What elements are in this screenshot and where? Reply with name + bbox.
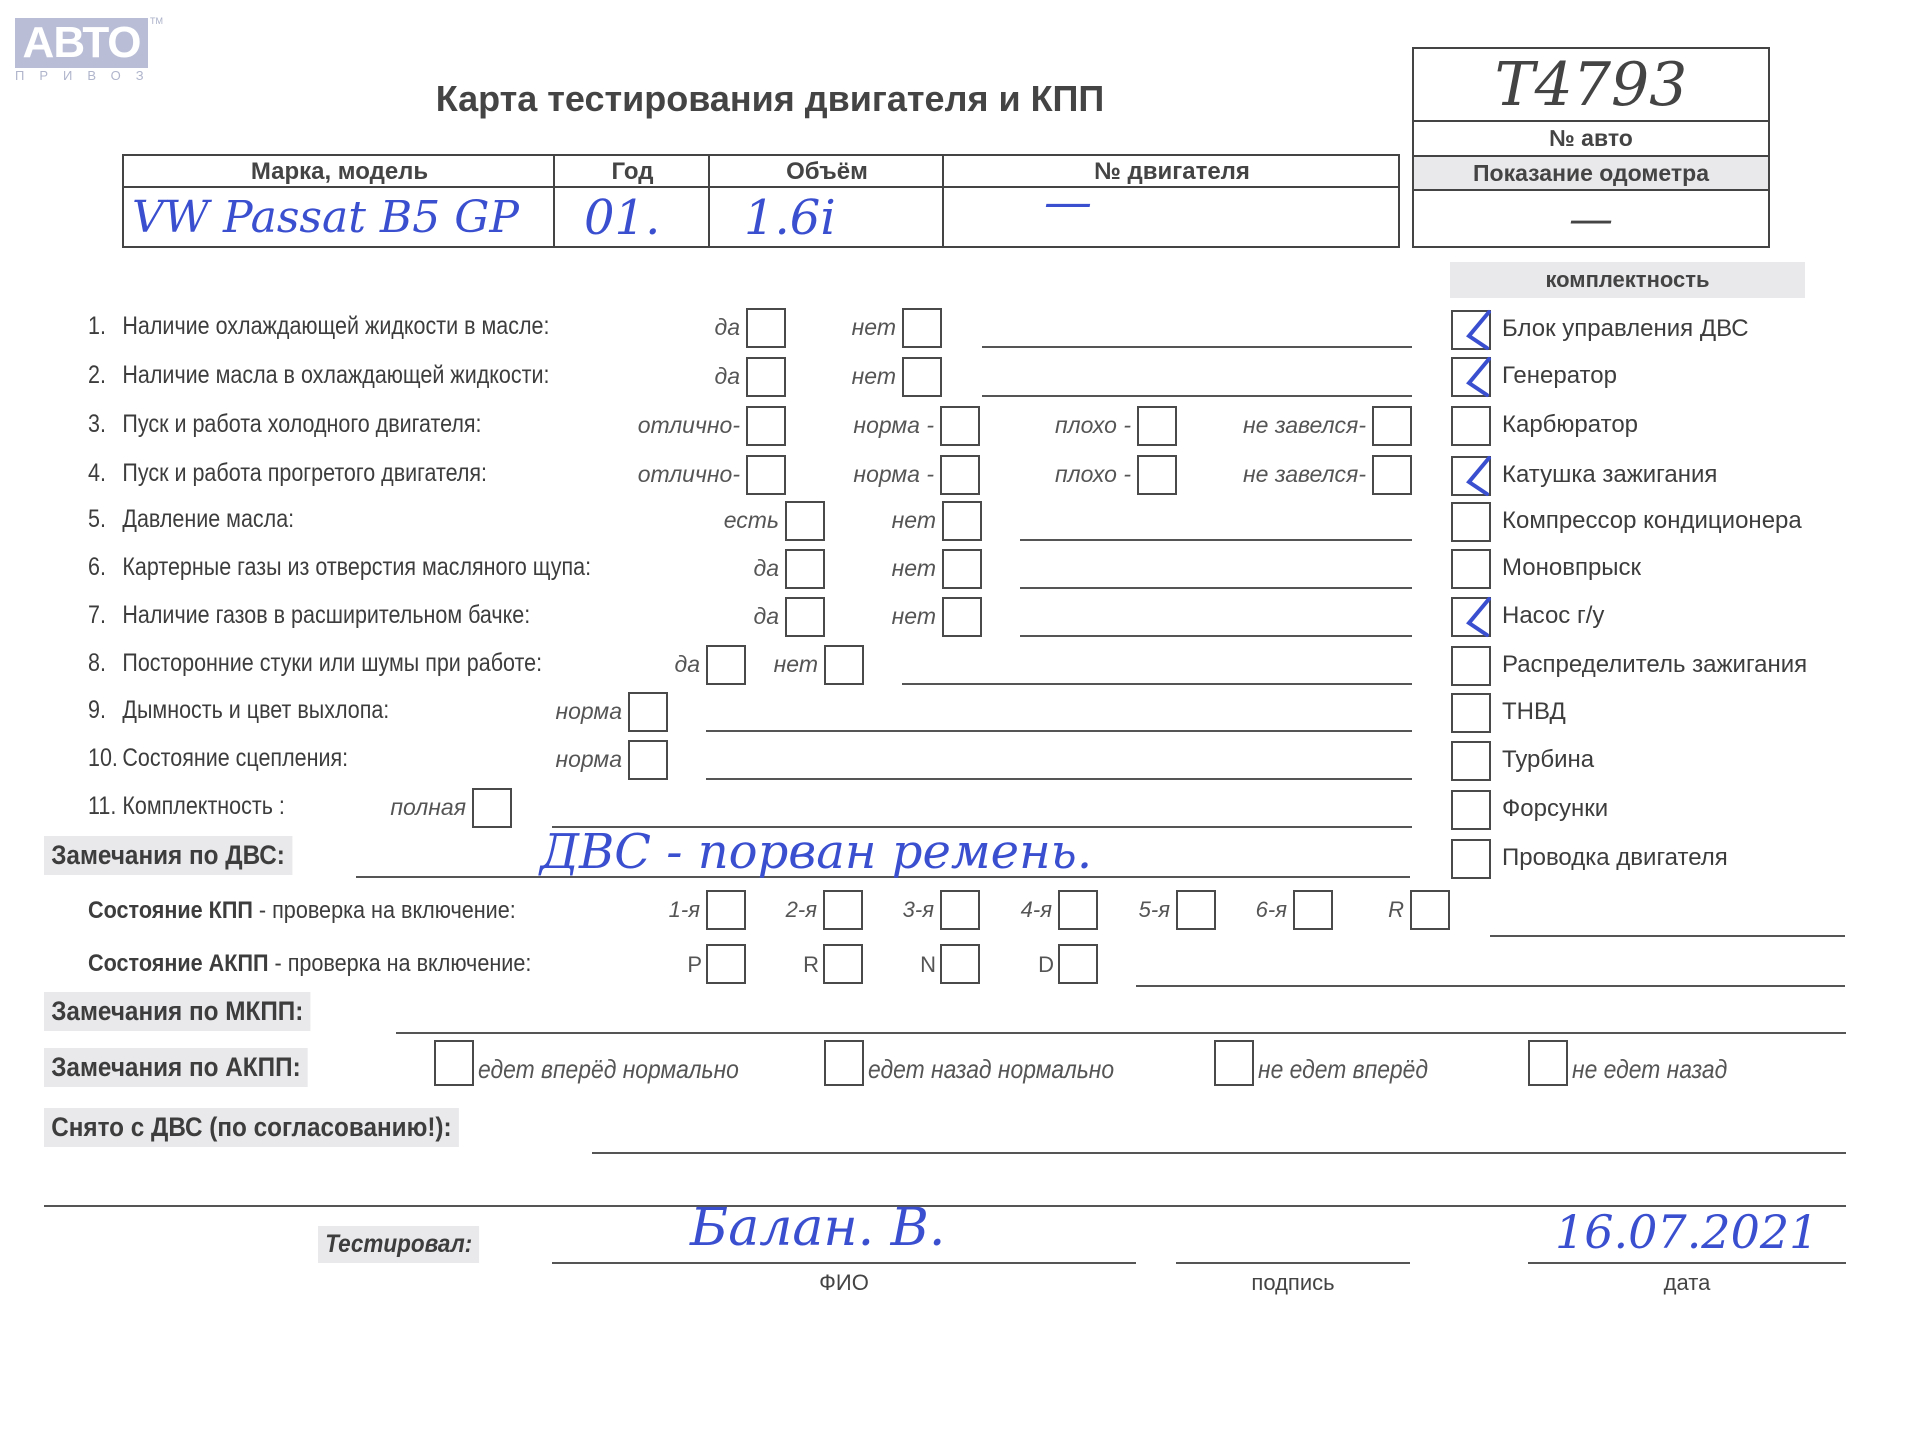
checkmark-icon [1459,593,1499,639]
completeness-checkbox[interactable] [1451,839,1491,879]
answer-line[interactable] [982,346,1412,348]
removed-line[interactable] [592,1152,1846,1154]
option-label: отлично- [586,461,740,488]
car-number-value[interactable]: Т4793 [1414,49,1768,122]
option-checkbox[interactable] [942,597,982,637]
completeness-item-label: Турбина [1502,746,1594,774]
mkpp-remarks-label: Замечания по МКПП: [44,992,311,1031]
gear-checkbox[interactable] [940,890,980,930]
engine-remarks-label: Замечания по ДВС: [44,836,292,875]
option-checkbox[interactable] [628,740,668,780]
logo: АВТО [15,18,148,68]
checkmark-icon [1459,452,1499,498]
akpp-option-label: едет назад нормально [868,1054,1114,1085]
header-make-model: Марка, модель [124,156,555,188]
gear-label: 1-я [636,897,700,923]
completeness-item-label: Блок управления ДВС [1502,315,1749,343]
signature-line[interactable] [1176,1262,1410,1264]
question-1: 1.Наличие охлаждающей жидкости в масле: [88,312,549,341]
question-11: 11.Комплектность : [88,792,285,821]
akpp-option-checkbox[interactable] [434,1040,474,1086]
question-4: 4.Пуск и работа прогретого двигателя: [88,459,487,488]
date-caption: дата [1528,1270,1846,1296]
make-model-value[interactable]: VW Passat B5 GP [132,188,552,248]
completeness-item-label: ТНВД [1502,698,1566,726]
volume-value[interactable]: 1.6i [744,188,924,248]
option-label: да [586,314,740,341]
manual-gearbox-line [1490,935,1845,937]
gear-label: R [1340,897,1404,923]
gear-label: 3-я [870,897,934,923]
option-label: нет [782,555,936,582]
completeness-checkbox[interactable] [1451,741,1491,781]
answer-line[interactable] [1020,635,1412,637]
gear-checkbox[interactable] [1410,890,1450,930]
option-label: да [625,555,779,582]
completeness-item-label: Карбюратор [1502,411,1638,439]
name-caption: ФИО [552,1270,1136,1296]
option-checkbox[interactable] [628,692,668,732]
completeness-item-label: Насос г/у [1502,602,1604,630]
answer-line[interactable] [706,730,1412,732]
question-9: 9.Дымность и цвет выхлопа: [88,696,389,725]
option-checkbox[interactable] [942,549,982,589]
engine-remarks-value[interactable]: ДВС - порван ремень. [540,824,1092,880]
akpp-option-checkbox[interactable] [1214,1040,1254,1086]
position-label: D [1018,952,1054,978]
header-volume: Объём [710,156,944,188]
akpp-option-checkbox[interactable] [1528,1040,1568,1086]
car-info-box: Т4793 № авто Показание одометра — [1412,47,1770,248]
completeness-checkbox[interactable] [1451,456,1491,496]
completeness-checkbox[interactable] [1451,502,1491,542]
option-label: не завелся- [1212,412,1366,439]
position-label: P [666,952,702,978]
checkmark-icon [1459,353,1499,399]
option-label: плохо - [977,412,1131,439]
akpp-option-label: не едет назад [1572,1054,1727,1085]
gear-checkbox[interactable] [1293,890,1333,930]
answer-line[interactable] [1020,587,1412,589]
option-label: норма - [780,412,934,439]
gear-label: 2-я [753,897,817,923]
option-label: нет [782,603,936,630]
option-checkbox[interactable] [902,308,942,348]
completeness-checkbox[interactable] [1451,310,1491,350]
akpp-option-label: не едет вперёд [1258,1054,1428,1085]
header-year: Год [555,156,710,188]
odometer-label: Показание одометра [1414,157,1768,191]
name-line [552,1262,1136,1264]
option-label: норма [468,746,622,773]
gear-checkbox[interactable] [1176,890,1216,930]
auto-gearbox-line [1136,985,1845,987]
gear-checkbox[interactable] [706,890,746,930]
option-label: норма [468,698,622,725]
answer-line[interactable] [982,395,1412,397]
completeness-checkbox[interactable] [1451,357,1491,397]
question-10: 10.Состояние сцепления: [88,744,348,773]
option-label: нет [742,363,896,390]
option-label: плохо - [977,461,1131,488]
option-label: нет [742,314,896,341]
completeness-checkbox[interactable] [1451,549,1491,589]
vehicle-table: Марка, модель Год Объём № двигателя VW P… [122,154,1400,248]
option-checkbox[interactable] [1137,406,1177,446]
page-title: Карта тестирования двигателя и КПП [380,78,1160,120]
gear-checkbox[interactable] [1058,890,1098,930]
position-checkbox[interactable] [940,944,980,984]
option-label: нет [782,507,936,534]
gear-checkbox[interactable] [823,890,863,930]
logo-subtitle: ПРИВОЗ [15,68,155,83]
option-label: норма - [780,461,934,488]
removed-label: Снято с ДВС (по согласованию!): [44,1108,459,1147]
completeness-item-label: Проводка двигателя [1502,844,1728,872]
option-checkbox[interactable] [902,357,942,397]
completeness-item-label: Распределитель зажигания [1502,651,1807,679]
akpp-remarks-label: Замечания по АКПП: [44,1048,308,1087]
mkpp-remarks-line[interactable] [396,1032,1846,1034]
question-8: 8.Посторонние стуки или шумы при работе: [88,649,542,678]
question-3: 3.Пуск и работа холодного двигателя: [88,410,482,439]
question-7: 7.Наличие газов в расширительном бачке: [88,601,530,630]
completeness-item-label: Катушка зажигания [1502,461,1717,489]
position-label: R [783,952,819,978]
position-label: N [900,952,936,978]
year-value[interactable]: 01. [584,188,704,248]
completeness-checkbox[interactable] [1451,693,1491,733]
date-value[interactable]: 16.07.2021 [1555,1205,1818,1259]
completeness-checkbox[interactable] [1451,406,1491,446]
option-label: есть [625,507,779,534]
gear-label: 5-я [1106,897,1170,923]
completeness-checkbox[interactable] [1451,597,1491,637]
manual-gearbox-label: Состояние КПП - проверка на включение: [88,897,516,925]
car-number-label: № авто [1414,122,1768,157]
option-checkbox[interactable] [1372,406,1412,446]
option-checkbox[interactable] [940,455,980,495]
position-checkbox[interactable] [706,944,746,984]
odometer-value[interactable]: — [1414,191,1768,248]
akpp-option-label: едет вперёд нормально [478,1054,739,1085]
answer-line[interactable] [1020,539,1412,541]
checkmark-icon [1459,306,1499,352]
engine-number-value[interactable]: — [1044,172,1164,232]
option-checkbox[interactable] [1372,455,1412,495]
tester-name-value[interactable]: Балан. В. [690,1198,945,1258]
option-checkbox[interactable] [940,406,980,446]
tested-by-label: Тестировал: [318,1226,479,1263]
option-label: полная [312,794,466,821]
question-5: 5.Давление масла: [88,505,294,534]
completeness-checkbox[interactable] [1451,646,1491,686]
auto-gearbox-label: Состояние АКПП - проверка на включение: [88,950,531,978]
akpp-option-checkbox[interactable] [824,1040,864,1086]
date-line [1528,1262,1846,1264]
option-label: не завелся- [1212,461,1366,488]
question-2: 2.Наличие масла в охлаждающей жидкости: [88,361,549,390]
position-checkbox[interactable] [823,944,863,984]
header-engine-number: № двигателя [944,156,1400,188]
option-label: отлично- [586,412,740,439]
completeness-header: комплектность [1450,262,1805,298]
option-checkbox[interactable] [824,645,864,685]
position-checkbox[interactable] [1058,944,1098,984]
option-checkbox[interactable] [942,501,982,541]
answer-line[interactable] [706,778,1412,780]
completeness-checkbox[interactable] [1451,790,1491,830]
completeness-item-label: Моновпрыск [1502,554,1641,582]
option-label: да [625,603,779,630]
completeness-item-label: Форсунки [1502,795,1608,823]
completeness-item-label: Компрессор кондиционера [1502,507,1802,535]
logo-trademark: TM [150,16,163,26]
option-checkbox[interactable] [1137,455,1177,495]
signature-caption: подпись [1176,1270,1410,1296]
question-6: 6.Картерные газы из отверстия масляного … [88,553,591,582]
option-label: нет [664,651,818,678]
option-label: да [586,363,740,390]
gear-label: 6-я [1223,897,1287,923]
option-checkbox[interactable] [472,788,512,828]
answer-line[interactable] [902,683,1412,685]
completeness-item-label: Генератор [1502,362,1617,390]
gear-label: 4-я [988,897,1052,923]
